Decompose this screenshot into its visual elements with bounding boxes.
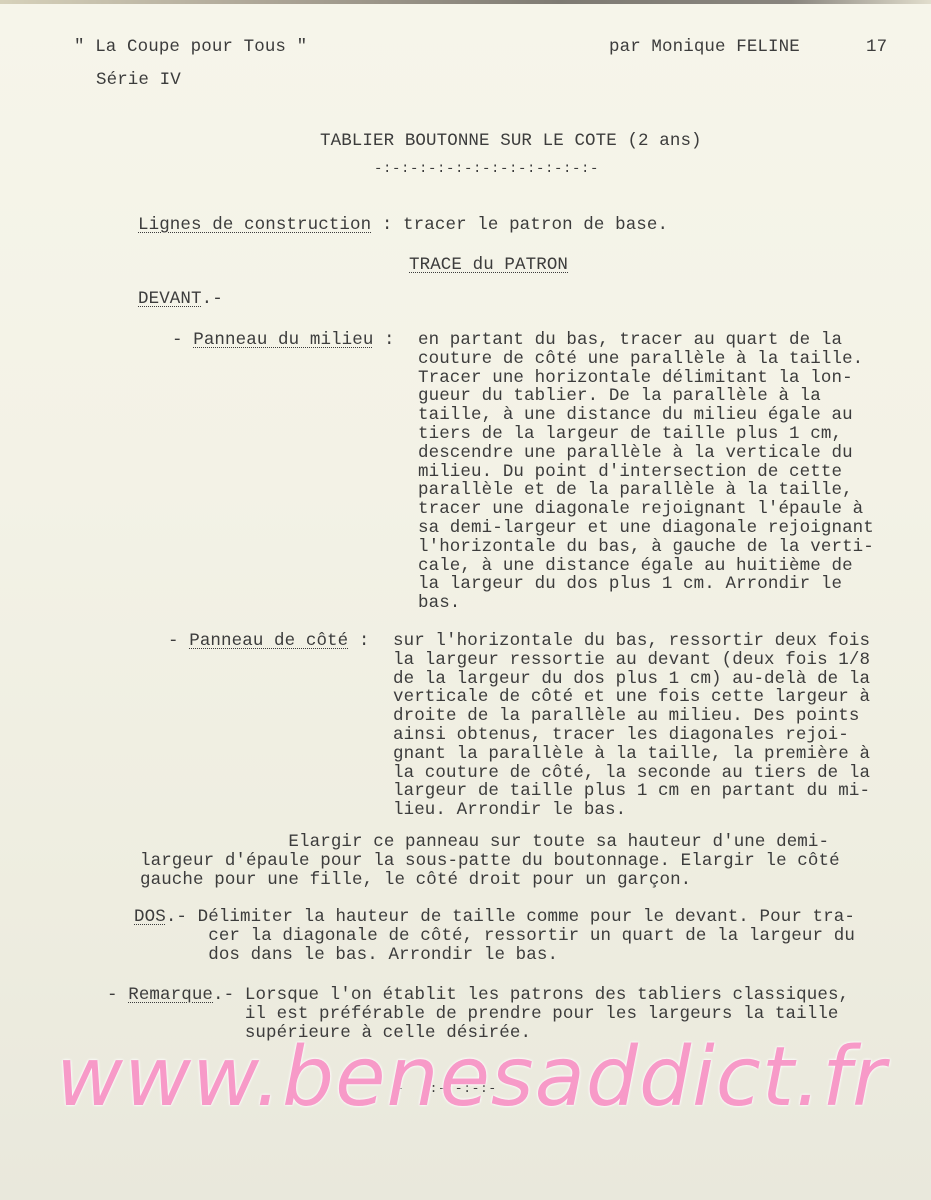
panneau-milieu-title: Panneau du milieu — [193, 330, 373, 350]
scan-edge — [0, 0, 931, 4]
page-number: 17 — [866, 38, 887, 57]
dos-paragraph: DOS.- Délimiter la hauteur de taille com… — [134, 908, 855, 964]
construction-text: : tracer le patron de base. — [371, 215, 668, 235]
author: par Monique FELINE — [609, 38, 800, 57]
document-title: TABLIER BOUTONNE SUR LE COTE (2 ans) — [320, 132, 702, 151]
panneau-cote-text: sur l'horizontale du bas, ressortir deux… — [393, 632, 870, 820]
watermark: www.benesaddict.fr — [56, 1028, 887, 1128]
label-colon: : — [348, 631, 369, 651]
section-title-text: TRACE du PATRON — [409, 255, 568, 275]
label-colon: : — [373, 330, 394, 350]
remarque-heading-suffix: .- — [213, 985, 245, 1005]
dos-heading-suffix: .- — [166, 907, 198, 927]
panneau-milieu-text: en partant du bas, tracer au quart de la… — [418, 331, 874, 613]
devant-heading: DEVANT.- — [138, 290, 223, 309]
dos-text: Délimiter la hauteur de taille comme pou… — [134, 907, 855, 965]
dos-heading: DOS — [134, 907, 166, 927]
construction-lines: Lignes de construction : tracer le patro… — [138, 216, 668, 235]
devant-heading-text: DEVANT — [138, 289, 202, 309]
remarque-heading: Remarque — [128, 985, 213, 1005]
series-title: " La Coupe pour Tous " — [74, 38, 307, 57]
panneau-milieu-label: - Panneau du milieu : — [172, 331, 395, 350]
document-page: " La Coupe pour Tous " Série IV par Moni… — [0, 0, 931, 1200]
bullet-dash: - — [172, 330, 193, 350]
elargir-paragraph: Elargir ce panneau sur toute sa hauteur … — [140, 833, 840, 889]
bullet-dash: - — [168, 631, 189, 651]
panneau-cote-title: Panneau de côté — [189, 631, 348, 651]
separator-top: -:-:-:-:-:-:-:-:-:-:-:-:- — [374, 160, 599, 179]
construction-label: Lignes de construction — [138, 215, 371, 235]
panneau-cote-label: - Panneau de côté : — [168, 632, 369, 651]
section-title: TRACE du PATRON — [409, 256, 568, 275]
series-number: Série IV — [96, 71, 181, 90]
bullet-dash: - — [107, 985, 128, 1005]
devant-heading-suffix: .- — [202, 289, 223, 309]
